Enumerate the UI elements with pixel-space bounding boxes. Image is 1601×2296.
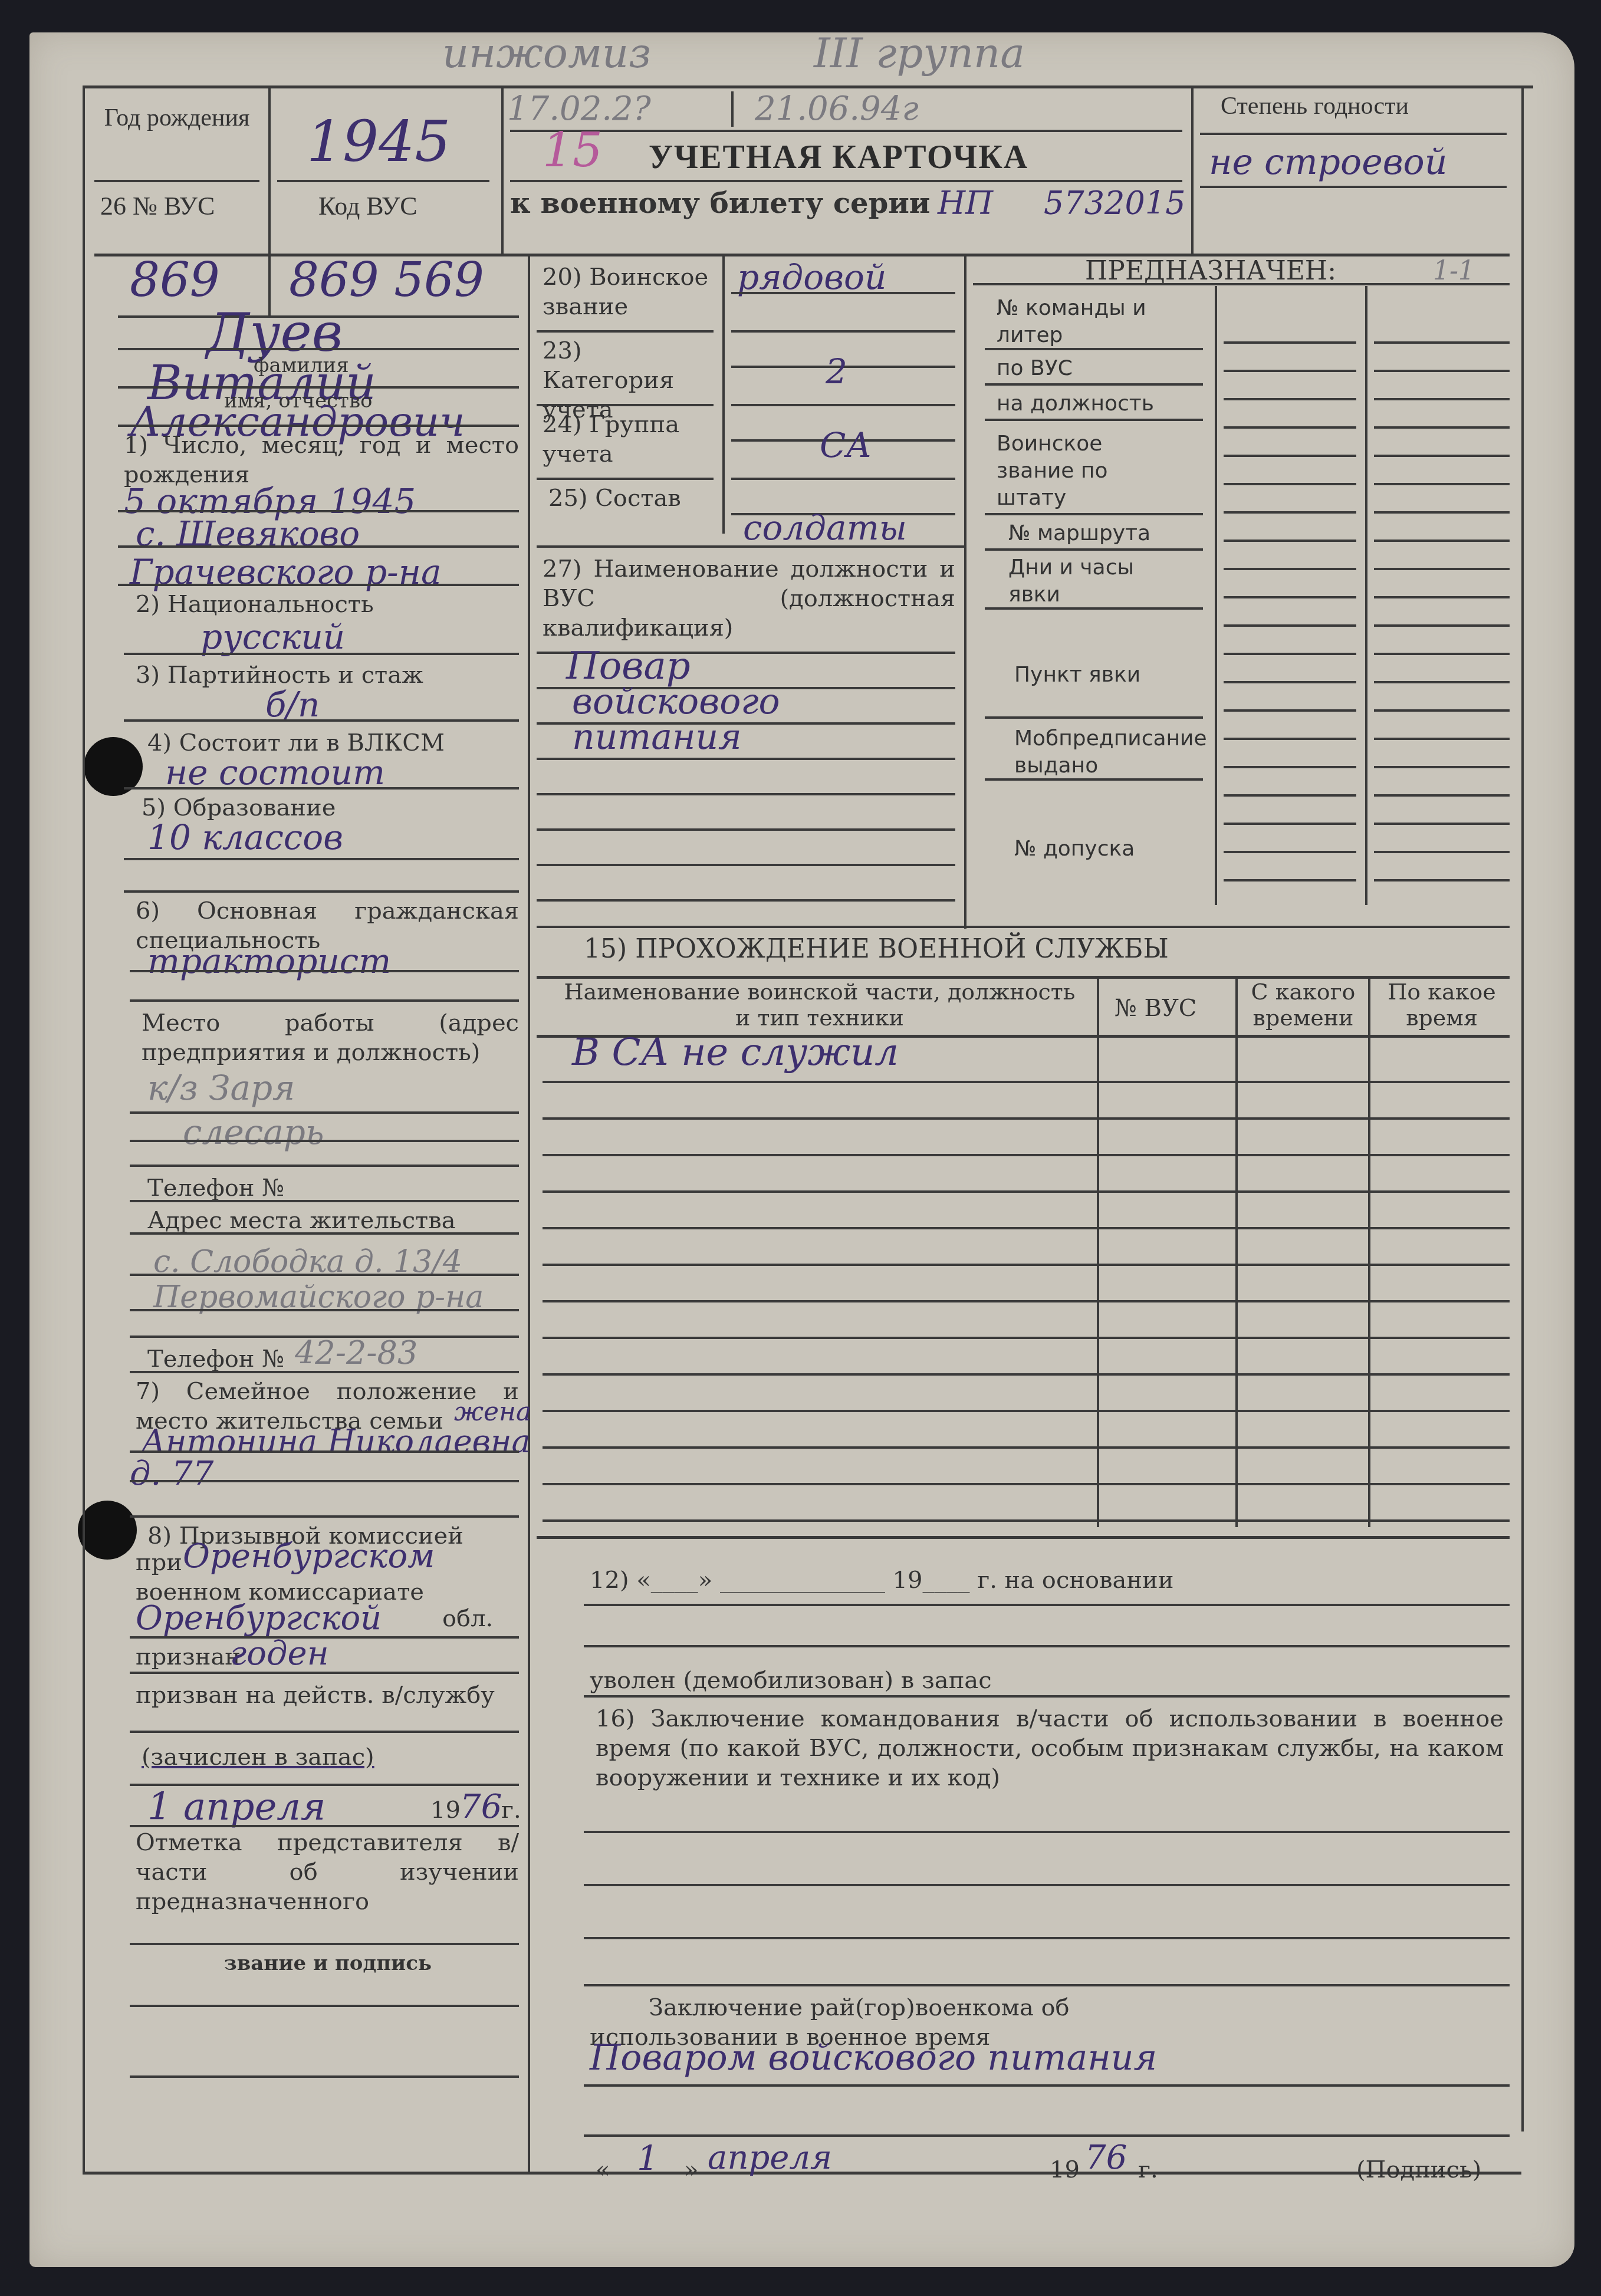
rule [510, 180, 1182, 182]
rule [985, 383, 1203, 386]
phone-2-label: Телефон № [147, 1344, 284, 1374]
group-label: 24) Группа учета [543, 410, 719, 469]
reserve-date-value: 1 апреля [147, 1787, 326, 1828]
assigned-heading: ПРЕДНАЗНАЧЕН: [1085, 256, 1336, 286]
assigned-row-point: Пункт явки [1014, 660, 1140, 690]
ticket-series-value: НП [938, 183, 993, 224]
rank-signature-label: звание и подпись [224, 1952, 432, 1975]
rule [537, 330, 714, 333]
assigned-row-route: № маршрута [1008, 519, 1150, 548]
rule [124, 787, 519, 790]
workplace-line-2: слесарь [183, 1111, 324, 1153]
specialty-value: тракторист [147, 940, 391, 982]
rank-label: 20) Воинское звание [543, 262, 719, 321]
assigned-row-clearance: № допуска [1014, 834, 1135, 864]
rule [973, 283, 1510, 285]
vus-number-value: 869 [130, 259, 220, 301]
birth-line-2: с. Шевяково [136, 513, 360, 554]
called-label: призван на действ. в/службу [136, 1680, 495, 1710]
rule [1200, 133, 1507, 135]
rule [537, 926, 1510, 928]
conclusion-16-label: 16) Заключение командования в/части об и… [596, 1704, 1504, 1792]
rule [731, 330, 955, 333]
nationality-label: 2) Национальность [136, 590, 374, 619]
rule [537, 478, 714, 480]
nationality-value: русский [200, 616, 345, 657]
date-day-value: 1 [637, 2137, 659, 2179]
rule [130, 1731, 519, 1733]
date-month-value: апреля [708, 2137, 832, 2179]
workplace-label: Место работы (адрес предприятия и должно… [142, 1008, 519, 1067]
vus-code-label: Код ВУС [318, 192, 417, 221]
rule [118, 348, 519, 350]
rule [118, 510, 519, 512]
rule [731, 292, 955, 294]
signature-label: (Подпись) [1356, 2155, 1481, 2185]
rule [510, 130, 1182, 132]
family-value-3: д. 77 [130, 1453, 213, 1495]
rule [985, 716, 1203, 719]
header-divider [501, 88, 504, 254]
rule [537, 899, 955, 902]
category-value: 2 [826, 351, 847, 392]
workplace-line-1: к/з Заря [147, 1067, 295, 1108]
rule [130, 1480, 519, 1482]
rule [537, 758, 955, 760]
registration-card: инжомиз III группа Год рождения 26 № ВУС… [29, 32, 1574, 2267]
pencil-date-2: 21.06.94г [755, 88, 919, 130]
pencil-side-mark: 1-1 [1433, 251, 1475, 292]
fitness-value: не строевой [1209, 142, 1447, 183]
rule [584, 1884, 1510, 1886]
position-line-3: питания [572, 716, 742, 758]
header-divider [268, 88, 271, 254]
rule [118, 545, 519, 548]
reserve-year-suffix: г. [501, 1795, 521, 1825]
rule [985, 778, 1203, 781]
rule [537, 545, 964, 548]
date-open-quote: « [596, 2155, 610, 2185]
service-col-from: С какого времени [1241, 979, 1365, 1031]
rule [985, 607, 1203, 610]
rule [537, 404, 714, 406]
rule [731, 478, 955, 480]
dismissed-label: уволен (демобилизован) в запас [590, 1666, 992, 1695]
rule [277, 180, 489, 182]
birth-line-3: Грачевского р-на [130, 551, 442, 593]
reserve-year-prefix: 19 [430, 1795, 461, 1825]
date-suffix: г. [1138, 2155, 1158, 2185]
rule [584, 1984, 1510, 1986]
birth-year-value: 1945 [307, 109, 451, 174]
rule [985, 348, 1203, 350]
ticket-series-label: к военному билету серии [510, 189, 930, 218]
rule [130, 2005, 519, 2007]
service-heading: 15) ПРОХОЖДЕНИЕ ВОЕННОЙ СЛУЖБЫ [584, 935, 1169, 964]
rule [130, 1943, 519, 1945]
rule [130, 2075, 519, 2078]
rule [584, 1831, 1510, 1833]
service-blank-lines [543, 1047, 1510, 1530]
rule [130, 1232, 519, 1235]
date-year-prefix: 19 [1050, 2155, 1080, 2185]
address-label: Адрес места жительства [147, 1206, 456, 1235]
group-value: СА [820, 425, 872, 466]
position-label: 27) Наименование должности и ВУС (должно… [543, 554, 955, 643]
rule [1200, 186, 1507, 188]
rule [130, 1450, 519, 1453]
rule [537, 828, 955, 831]
rule [584, 2134, 1510, 2137]
assigned-row-position: на должность [997, 389, 1154, 419]
frame-left [83, 85, 85, 2173]
ticket-number-value: 5732015 [1044, 183, 1186, 224]
reserve-label: (зачислен в запас) [142, 1742, 374, 1772]
reserve-year-value: 76 [460, 1787, 502, 1828]
service-col-unit: Наименование воинской части, должность и… [560, 979, 1079, 1031]
rule [985, 419, 1203, 421]
rule [584, 2084, 1510, 2087]
rule [118, 425, 519, 427]
assigned-row-team: № команды и литер [997, 295, 1197, 349]
rule [124, 858, 519, 860]
assigned-row-mobilization: Мобпредписание выдано [1014, 725, 1191, 779]
birth-year-label: Год рождения [94, 103, 259, 133]
assigned-row-vus: по ВУС [997, 354, 1073, 383]
rule [130, 1200, 519, 1202]
rule [537, 864, 955, 866]
left-column-divider [528, 254, 530, 2173]
education-value: 10 классов [147, 817, 343, 858]
composition-label: 25) Состав [548, 483, 681, 513]
commission-obl-label: обл. [442, 1604, 493, 1633]
punch-hole [78, 1501, 137, 1560]
mid-divider [964, 256, 966, 929]
rule [118, 584, 519, 586]
rule [584, 1645, 1510, 1647]
date-year-value: 76 [1085, 2137, 1127, 2179]
pink-mark: 15 [543, 130, 603, 171]
assigned-col-divider [1365, 286, 1367, 905]
recognized-value: годен [230, 1633, 329, 1675]
rule [118, 386, 519, 389]
rule [130, 1371, 519, 1373]
commission-value-1: Оренбургском [183, 1536, 435, 1577]
rule [985, 513, 1203, 515]
assigned-blank-lines [1224, 315, 1356, 905]
frame-right [1521, 85, 1524, 2131]
address-line-2: Первомайского р-на [153, 1277, 484, 1318]
rule [130, 1274, 519, 1276]
rule [130, 999, 519, 1002]
rule [985, 548, 1203, 551]
mid-divider [722, 256, 725, 534]
rule [731, 404, 955, 406]
phone-1-label: Телефон № [147, 1173, 284, 1203]
header-divider [1191, 88, 1194, 254]
rule [584, 1604, 1510, 1606]
recognized-label: признан [136, 1642, 241, 1672]
assigned-row-days: Дни и часы явки [1008, 554, 1185, 608]
date-close-quote: » [684, 2155, 698, 2185]
rule [584, 1695, 1510, 1698]
rule [537, 1536, 1510, 1539]
phone-2-value: 42-2-83 [295, 1333, 417, 1374]
pencil-note-top-left: инжомиз [442, 32, 651, 74]
rule [537, 793, 955, 795]
rule [124, 653, 519, 655]
fitness-label: Степень годности [1221, 91, 1409, 121]
rule [130, 1309, 519, 1311]
service-col-vus: № ВУС [1115, 994, 1196, 1023]
assigned-row-rank: Воинское звание по штату [997, 430, 1173, 512]
header-divider [731, 91, 734, 127]
composition-value: солдаты [743, 507, 907, 548]
pencil-note-top-right: III группа [814, 32, 1025, 74]
rule [130, 1825, 519, 1827]
rule [124, 719, 519, 722]
assigned-blank-lines [1374, 315, 1510, 905]
rule [130, 1672, 519, 1674]
rule [130, 1515, 519, 1518]
rule [94, 180, 259, 182]
rule [130, 1165, 519, 1167]
vus-number-label: 26 № ВУС [100, 192, 215, 221]
commissar-value: Поваром войскового питания [590, 2037, 1157, 2078]
rule [584, 1937, 1510, 1939]
rule [130, 1140, 519, 1142]
commission-pri-label: при [136, 1548, 182, 1577]
rule [124, 890, 519, 893]
card-title: УЧЕТНАЯ КАРТОЧКА [649, 139, 1028, 176]
service-col-to: По какое время [1374, 979, 1510, 1031]
mark-label: Отметка представителя в/части об изучени… [136, 1828, 519, 1916]
discharge-line-12: 12) «____» ______________ 19____ г. на о… [590, 1565, 1173, 1595]
assigned-col-divider [1215, 286, 1217, 905]
rule [130, 970, 519, 972]
vus-code-value: 869 569 [289, 259, 484, 301]
